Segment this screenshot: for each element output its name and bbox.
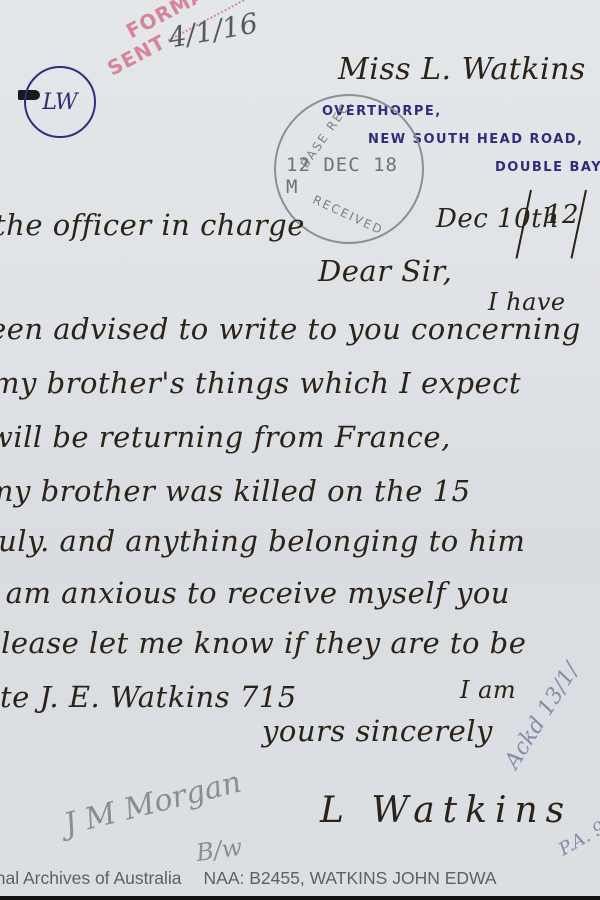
archive-name: onal Archives of Australia bbox=[0, 868, 182, 888]
body-line-6: July. and anything belonging to him bbox=[0, 524, 525, 558]
postmark-date: 12 DEC 18 M bbox=[286, 154, 422, 198]
scan-bottom-edge bbox=[0, 896, 600, 900]
postmark-bottom-text: RECEIVED bbox=[311, 193, 386, 238]
body-line-2: been advised to write to you concerning bbox=[0, 312, 581, 346]
recipient-line: the officer in charge bbox=[0, 208, 305, 242]
body-line-4: will be returning from France, bbox=[0, 420, 451, 454]
closing-line-2: yours sincerely bbox=[262, 714, 493, 748]
letter-date: Dec 10th bbox=[436, 204, 559, 234]
pencil-signature: J M Morgan bbox=[60, 765, 244, 843]
body-line-3: my brother's things which I expect bbox=[0, 366, 521, 400]
letter-page: LW FORMAL ACKmt SENT 4/1/16 Miss L. Watk… bbox=[0, 0, 600, 900]
body-line-8: please let me know if they are to be bbox=[0, 626, 526, 660]
body-line-7: I am anxious to receive myself you bbox=[0, 576, 510, 610]
letterhead-address-3: DOUBLE BAY bbox=[495, 160, 600, 175]
body-line-9: Pte J. E. Watkins 715 bbox=[0, 680, 297, 714]
body-line-5: my brother was killed on the 15 bbox=[0, 474, 471, 508]
archive-caption: onal Archives of AustraliaNAA: B2455, WA… bbox=[0, 868, 497, 889]
monogram-text: LW bbox=[42, 90, 77, 115]
pencil-initials: B/w bbox=[194, 833, 244, 867]
salutation: Dear Sir, bbox=[318, 254, 452, 288]
letterhead-name: Miss L. Watkins bbox=[338, 52, 586, 87]
letter-date-day: 12 bbox=[545, 200, 579, 230]
closing-line-1: I am bbox=[460, 676, 516, 704]
signature: L Watkins bbox=[320, 790, 572, 831]
archive-reference: NAA: B2455, WATKINS JOHN EDWA bbox=[204, 868, 497, 888]
monogram-seal: LW bbox=[24, 66, 96, 138]
